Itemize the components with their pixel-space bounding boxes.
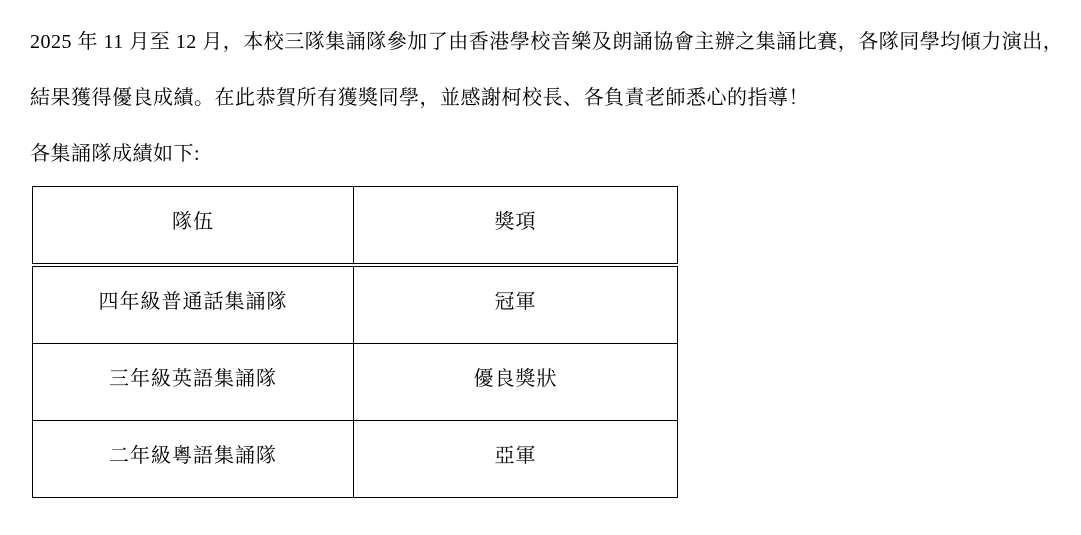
- results-table: 隊伍 獎項 四年級普通話集誦隊 冠軍 三年級英語集誦隊 優良獎狀 二年級粵語集誦…: [32, 186, 678, 498]
- table-header-award: 獎項: [354, 187, 678, 266]
- award-cell: 優良獎狀: [354, 344, 678, 421]
- team-cell: 二年級粵語集誦隊: [33, 421, 354, 498]
- award-cell: 亞軍: [354, 421, 678, 498]
- team-cell: 三年級英語集誦隊: [33, 344, 354, 421]
- table-header-team: 隊伍: [33, 187, 354, 266]
- table-row: 四年級普通話集誦隊 冠軍: [33, 265, 678, 344]
- paragraph-line-1: 2025 年 11 月至 12 月，本校三隊集誦隊參加了由香港學校音樂及朗誦協會…: [30, 14, 1055, 70]
- paragraph-line-2: 結果獲得優良成績。在此恭賀所有獲獎同學，並感謝柯校長、各負責老師悉心的指導！: [30, 70, 1055, 126]
- table-intro: 各集誦隊成績如下:: [30, 126, 1055, 182]
- table-row: 二年級粵語集誦隊 亞軍: [33, 421, 678, 498]
- table-row: 三年級英語集誦隊 優良獎狀: [33, 344, 678, 421]
- announcement-paragraph: 2025 年 11 月至 12 月，本校三隊集誦隊參加了由香港學校音樂及朗誦協會…: [30, 14, 1055, 126]
- team-cell: 四年級普通話集誦隊: [33, 265, 354, 344]
- document-body: 2025 年 11 月至 12 月，本校三隊集誦隊參加了由香港學校音樂及朗誦協會…: [0, 0, 1081, 498]
- table-header-row: 隊伍 獎項: [33, 187, 678, 266]
- award-cell: 冠軍: [354, 265, 678, 344]
